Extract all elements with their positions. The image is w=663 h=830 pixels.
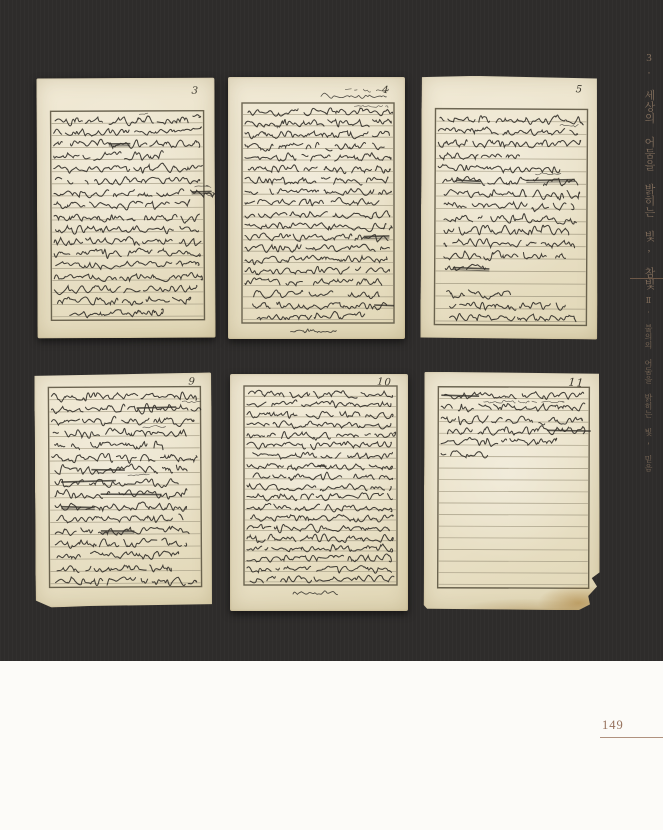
manuscript-page: 4 xyxy=(228,77,405,339)
sidebar-divider xyxy=(630,278,663,279)
manuscript-page-number: 5 xyxy=(575,84,583,96)
handwriting-svg xyxy=(230,374,408,611)
manuscript-page-number: 10 xyxy=(377,376,392,388)
folio: 149 xyxy=(600,716,663,738)
handwriting-svg xyxy=(420,76,598,340)
handwriting-svg xyxy=(424,372,601,611)
manuscript-page-number: 9 xyxy=(188,376,196,387)
manuscript-page-number: 4 xyxy=(381,85,389,96)
section-label-vertical: Ⅱ. 불의의 어둠을 밝히는 빛, 믿음 xyxy=(643,296,654,476)
manuscript-page: 10 xyxy=(230,374,408,611)
handwriting-svg xyxy=(36,78,215,339)
chapter-title-vertical: 3. 세상의 어둠을 밝히는 빛, 참빛 xyxy=(641,52,657,292)
handwriting-svg xyxy=(228,77,405,339)
manuscript-page: 5 xyxy=(420,76,598,340)
manuscript-page: 9 xyxy=(34,372,212,607)
manuscript-page-number: 11 xyxy=(568,376,585,390)
manuscript-page-number: 3 xyxy=(191,85,199,96)
folio-number: 149 xyxy=(602,718,624,732)
manuscript-photo-panel: 3 4 5 9 10 11 3. 세상의 어둠을 밝히는 빛, 참빛 Ⅱ. 불의… xyxy=(0,0,663,661)
manuscript-page: 3 xyxy=(36,78,215,339)
handwriting-svg xyxy=(34,372,212,607)
manuscript-page: 11 xyxy=(424,372,601,611)
